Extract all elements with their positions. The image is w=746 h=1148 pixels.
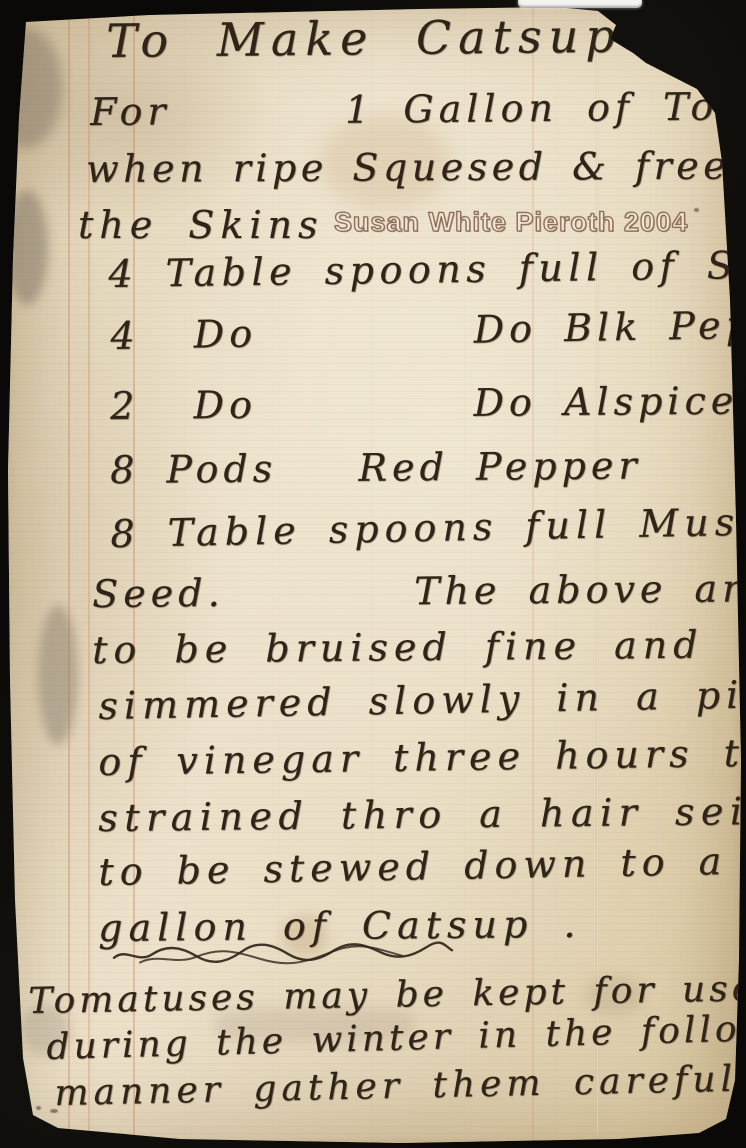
ink-speck xyxy=(694,208,699,212)
flourish-divider xyxy=(110,938,455,972)
manuscript-line: strained thro a hair seive xyxy=(98,791,746,840)
manuscript-page: To Make Catsup For 1 Gallon of Tomatus w… xyxy=(0,0,746,1148)
scanner-paper-tab xyxy=(518,0,642,8)
scanned-manuscript-photo: To Make Catsup For 1 Gallon of Tomatus w… xyxy=(0,0,746,1148)
manuscript-line: Seed. The above articles xyxy=(92,567,746,616)
manuscript-line: of vinegar three hours then xyxy=(98,732,746,784)
manuscript-line: when ripe Squesed & freed from xyxy=(86,145,746,191)
ledger-rule-line xyxy=(68,8,70,1142)
manuscript-line: For 1 Gallon of Tomatus xyxy=(90,85,746,134)
recipe-title: To Make Catsup xyxy=(106,11,622,67)
manuscript-line: the Skins xyxy=(78,205,324,247)
manuscript-line: 2 Do Do Alspice xyxy=(110,381,738,428)
ink-smudge-stain xyxy=(38,605,78,745)
manuscript-line: 4 Table spoons full of Salt xyxy=(108,244,746,296)
ink-smudge-stain xyxy=(6,190,48,305)
manuscript-line: to be bruised fine and xyxy=(92,625,704,672)
manuscript-line: 8 Pods Red Pepper xyxy=(110,445,642,491)
ink-speck xyxy=(36,1106,41,1110)
photographer-watermark: Susan White Pieroth 2004 xyxy=(334,207,688,238)
